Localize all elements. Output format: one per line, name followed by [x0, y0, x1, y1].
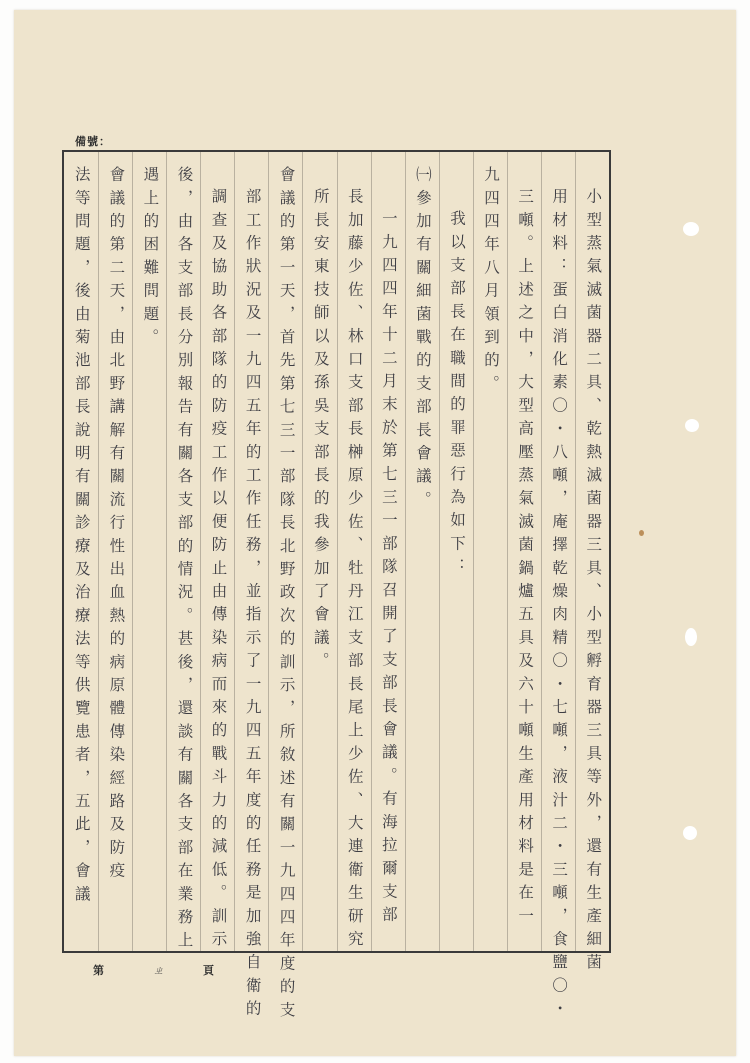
- handwritten-line: 用材料：蛋白消化素〇・八噸，庵擇乾燥肉精〇・七噸，液汁二・三噸，食鹽〇・: [551, 188, 567, 1023]
- handwritten-line: 法等問題，後由菊池部長說明有關診療及治療法等供覽患者，五此，會議: [73, 166, 89, 908]
- binding-hole: [683, 826, 697, 840]
- handwritten-line: 會議的第二天，由北野講解有關流行性出血熱的病原體傳染經路及防疫: [108, 166, 124, 885]
- ink-stain: [639, 530, 644, 536]
- handwritten-line: ㈠參加有關細菌戰的支部長會議。: [414, 166, 430, 514]
- ruled-column: 後，由各支部長分別報告有關各支部的情況。甚後，還談有關各支部在業務上: [166, 152, 200, 951]
- ruled-frame: 法等問題，後由菊池部長說明有關診療及治療法等供覽患者，五此，會議會議的第二天，由…: [62, 150, 611, 953]
- handwritten-line: 九四四年八月領到的。: [483, 166, 499, 398]
- ruled-column: 部工作狀況及一九四五年的工作任務，並指示了一九四五年度的任務是加強自衛的: [234, 152, 268, 951]
- handwritten-line: 部工作狀況及一九四五年的工作任務，並指示了一九四五年度的任務是加強自衛的: [244, 188, 260, 1023]
- handwritten-line: 三噸。上述之中，大型高壓蒸氣滅菌鍋爐五具及六十噸生產用材料是在一: [517, 188, 533, 930]
- ruled-column: 遇上的困難問題。: [132, 152, 166, 951]
- ruled-column: 九四四年八月領到的。: [473, 152, 507, 951]
- ruled-column: 小型蒸氣滅菌器二具、乾熱滅菌器三具、小型孵育器三具等外，還有生產細菌: [575, 152, 609, 951]
- binding-hole: [685, 628, 697, 646]
- handwritten-line: 我以支部長在職間的罪惡行為如下：: [448, 210, 464, 581]
- footer-suffix: 頁: [203, 962, 214, 978]
- ruled-column: 用材料：蛋白消化素〇・八噸，庵擇乾燥肉精〇・七噸，液汁二・三噸，食鹽〇・: [541, 152, 575, 951]
- ruled-column: 會議的第二天，由北野講解有關流行性出血熱的病原體傳染經路及防疫: [98, 152, 132, 951]
- handwritten-line: 調查及協助各部隊的防疫工作以便防止由傳染病而來的戰斗力的減低。訓示: [210, 188, 226, 954]
- ruled-column: 調查及協助各部隊的防疫工作以便防止由傳染病而來的戰斗力的減低。訓示: [200, 152, 234, 951]
- ruled-column: 會議的第一天，首先第七三一部隊長北野政次的訓示，所敘述有關一九四四年度的支: [268, 152, 302, 951]
- handwritten-line: 遇上的困難問題。: [142, 166, 158, 352]
- header-label: 備號：: [75, 133, 111, 149]
- binding-hole: [685, 419, 699, 432]
- footer-prefix: 第: [93, 962, 104, 978]
- handwritten-line: 小型蒸氣滅菌器二具、乾熱滅菌器三具、小型孵育器三具等外，還有生產細菌: [585, 188, 601, 977]
- ruled-column: 三噸。上述之中，大型高壓蒸氣滅菌鍋爐五具及六十噸生產用材料是在一: [507, 152, 541, 951]
- ruled-column: ㈠參加有關細菌戰的支部長會議。: [405, 152, 439, 951]
- handwritten-line: 一九四四年十二月末於第七三一部隊召開了支部長會議。有海拉爾支部: [380, 210, 396, 929]
- footer-page-number: ㄓ: [153, 962, 164, 978]
- ruled-column: 我以支部長在職間的罪惡行為如下：: [439, 152, 473, 951]
- ruled-column: 法等問題，後由菊池部長說明有關診療及治療法等供覽患者，五此，會議: [64, 152, 98, 951]
- ruled-column: 一九四四年十二月末於第七三一部隊召開了支部長會議。有海拉爾支部: [371, 152, 405, 951]
- handwritten-line: 後，由各支部長分別報告有關各支部的情況。甚後，還談有關各支部在業務上: [176, 166, 192, 955]
- ruled-column: 長加藤少佐、林口支部長榊原少佐、牡丹江支部長尾上少佐、大連衛生研究: [337, 152, 371, 951]
- ruled-column: 所長安東技師以及孫吳支部長的我參加了會議。: [302, 152, 336, 951]
- handwritten-line: 會議的第一天，首先第七三一部隊長北野政次的訓示，所敘述有關一九四四年度的支: [278, 166, 294, 1024]
- handwritten-line: 長加藤少佐、林口支部長榊原少佐、牡丹江支部長尾上少佐、大連衛生研究: [346, 188, 362, 954]
- binding-hole: [683, 222, 699, 236]
- handwritten-line: 所長安東技師以及孫吳支部長的我參加了會議。: [312, 188, 328, 675]
